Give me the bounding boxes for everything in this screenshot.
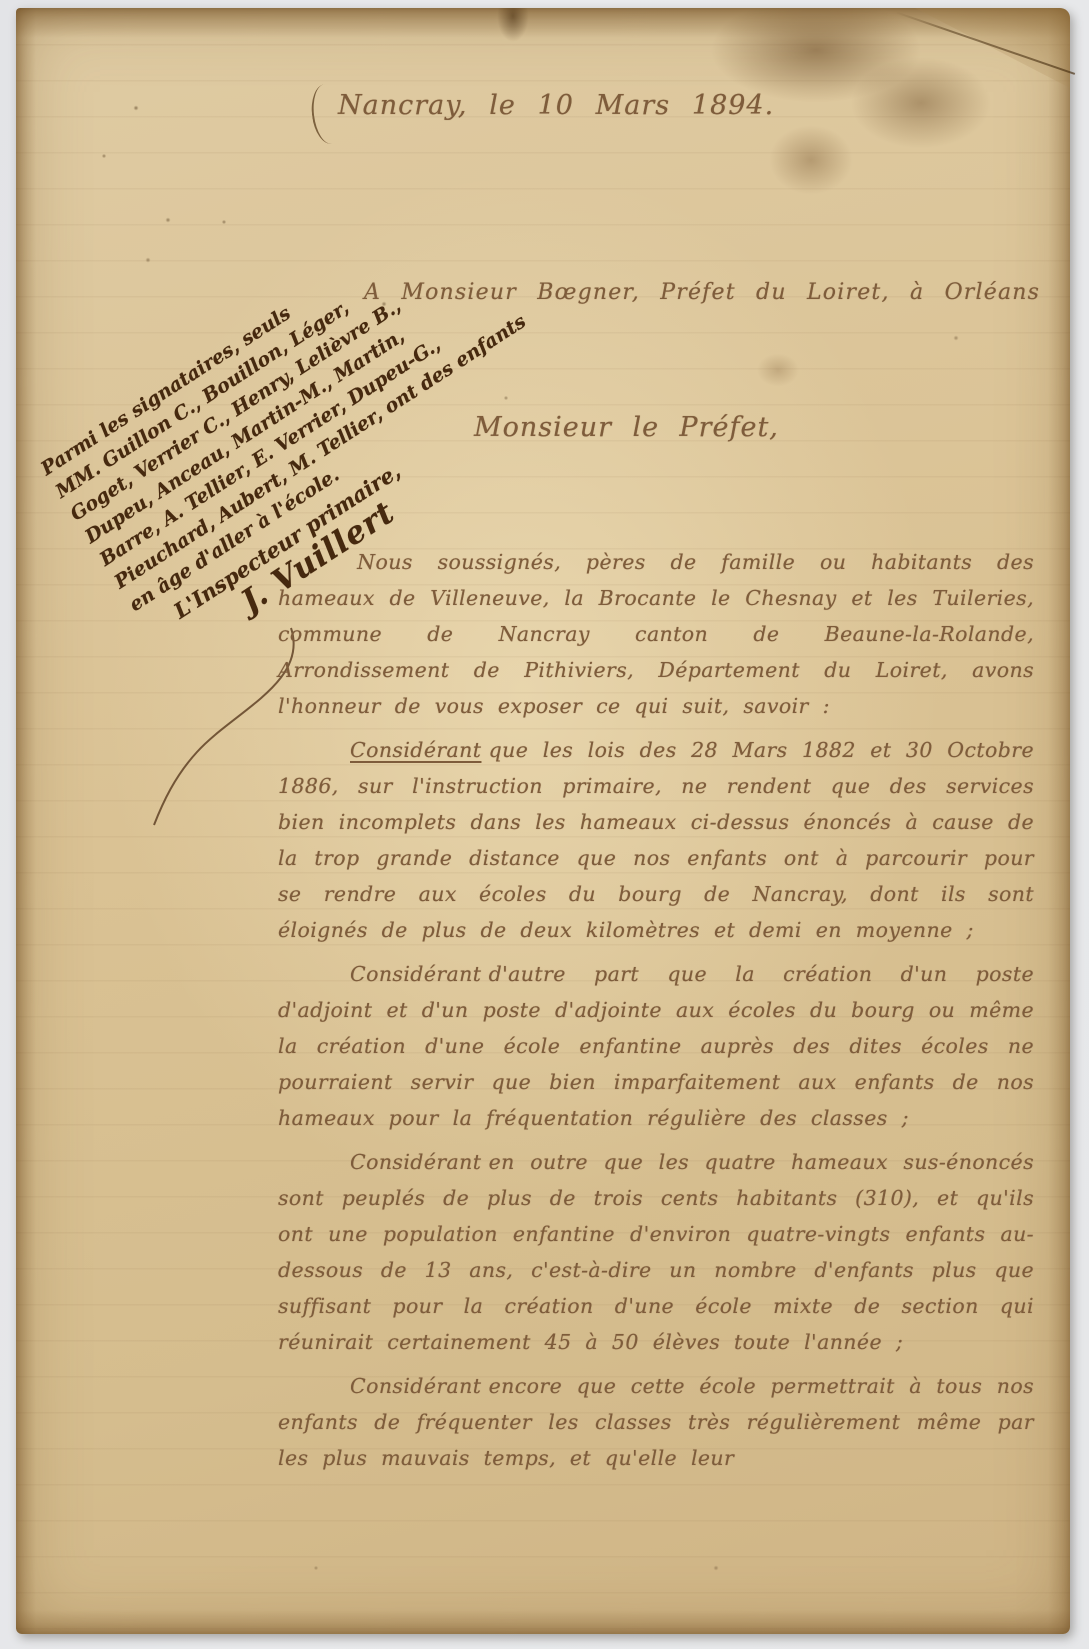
letter-page: Nancray, le 10 Mars 1894. A Monsieur Bœg… — [16, 8, 1070, 1634]
paragraph-text: Nous soussignés, pères de famille ou hab… — [278, 550, 1034, 718]
paragraph: Considérantencore que cette école permet… — [278, 1368, 1034, 1476]
considerant-lead: Considérant — [350, 962, 481, 986]
considerant-lead: Considérant — [350, 1150, 481, 1174]
dateline-text: Nancray, le 10 Mars 1894. — [338, 90, 774, 121]
paragraph-text: en outre que les quatre hameaux sus-énon… — [278, 1150, 1034, 1354]
paragraph: Considérantd'autre part que la création … — [278, 956, 1034, 1136]
considerant-lead: Considérant — [350, 1374, 481, 1398]
paragraph: Considérantque les lois des 28 Mars 1882… — [278, 732, 1034, 948]
letter-body: Nous soussignés, pères de famille ou hab… — [278, 544, 1034, 1484]
considerant-lead: Considérant — [350, 738, 481, 762]
photo-background: Nancray, le 10 Mars 1894. A Monsieur Bœg… — [0, 0, 1089, 1649]
paragraph: Nous soussignés, pères de famille ou hab… — [278, 544, 1034, 724]
paragraph: Considéranten outre que les quatre hamea… — [278, 1144, 1034, 1360]
paragraph-text: que les lois des 28 Mars 1882 et 30 Octo… — [278, 738, 1034, 942]
paragraph-text: d'autre part que la création d'un poste … — [278, 962, 1034, 1130]
